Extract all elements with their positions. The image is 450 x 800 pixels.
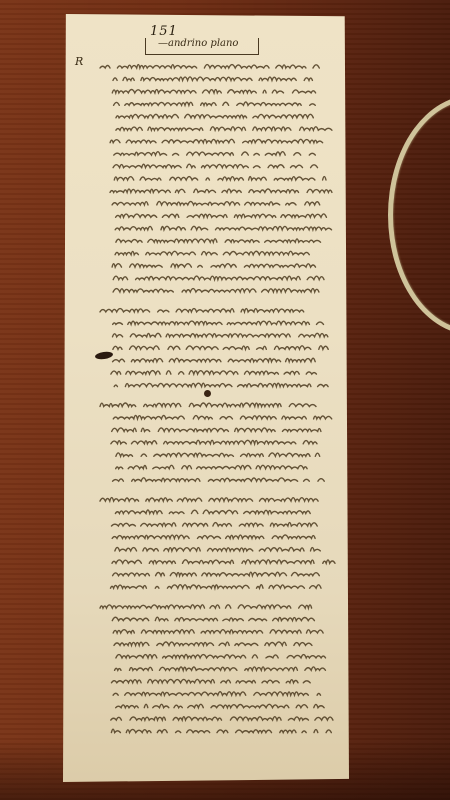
handwritten-line <box>112 560 341 564</box>
handwritten-line <box>112 535 315 538</box>
handwritten-line <box>113 358 316 361</box>
handwritten-line <box>116 655 326 658</box>
handwritten-line <box>115 251 309 254</box>
handwritten-line <box>113 415 337 418</box>
handwritten-line <box>110 189 332 192</box>
handwritten-line <box>111 371 317 375</box>
handwritten-line <box>116 239 321 242</box>
handwritten-line <box>114 152 316 155</box>
handwritten-line <box>113 321 324 324</box>
handwritten-line <box>113 572 320 576</box>
handwritten-line <box>113 289 328 292</box>
handwritten-line <box>114 383 328 386</box>
handwritten-line <box>113 346 328 349</box>
handwritten-line <box>110 139 331 142</box>
paper-hole <box>204 390 211 397</box>
handwritten-line <box>112 428 321 432</box>
handwritten-line <box>115 226 331 230</box>
handwritten-line <box>116 453 325 456</box>
handwritten-line <box>100 65 319 68</box>
handwritten-line <box>116 465 307 468</box>
handwritten-line <box>116 214 327 217</box>
handwritten-line <box>112 679 311 682</box>
handwritten-line <box>114 177 326 180</box>
handwritten-line <box>112 264 315 267</box>
handwritten-line <box>111 585 321 589</box>
handwritten-line <box>116 114 321 117</box>
handwritten-line <box>112 617 322 620</box>
handwritten-line <box>113 276 330 280</box>
handwritten-line <box>100 498 318 502</box>
handwritten-text <box>0 0 450 800</box>
handwritten-line <box>100 309 311 312</box>
handwritten-line <box>113 630 323 633</box>
handwritten-line <box>116 704 331 707</box>
handwritten-line <box>100 605 320 608</box>
handwritten-line <box>113 333 328 336</box>
handwritten-line <box>111 717 333 720</box>
handwritten-line <box>116 127 332 130</box>
handwritten-line <box>112 201 320 205</box>
handwritten-line <box>113 77 312 80</box>
handwritten-line <box>112 523 318 526</box>
handwritten-line <box>115 510 310 514</box>
handwritten-line <box>115 667 326 670</box>
handwritten-line <box>114 642 318 646</box>
handwritten-line <box>114 102 322 105</box>
handwritten-line <box>113 692 328 696</box>
handwritten-line <box>100 403 316 407</box>
handwritten-line <box>111 729 331 732</box>
handwritten-line <box>112 90 315 93</box>
handwritten-line <box>113 478 325 481</box>
handwritten-line <box>111 440 317 444</box>
handwritten-line <box>113 164 317 167</box>
handwritten-line <box>115 547 320 551</box>
